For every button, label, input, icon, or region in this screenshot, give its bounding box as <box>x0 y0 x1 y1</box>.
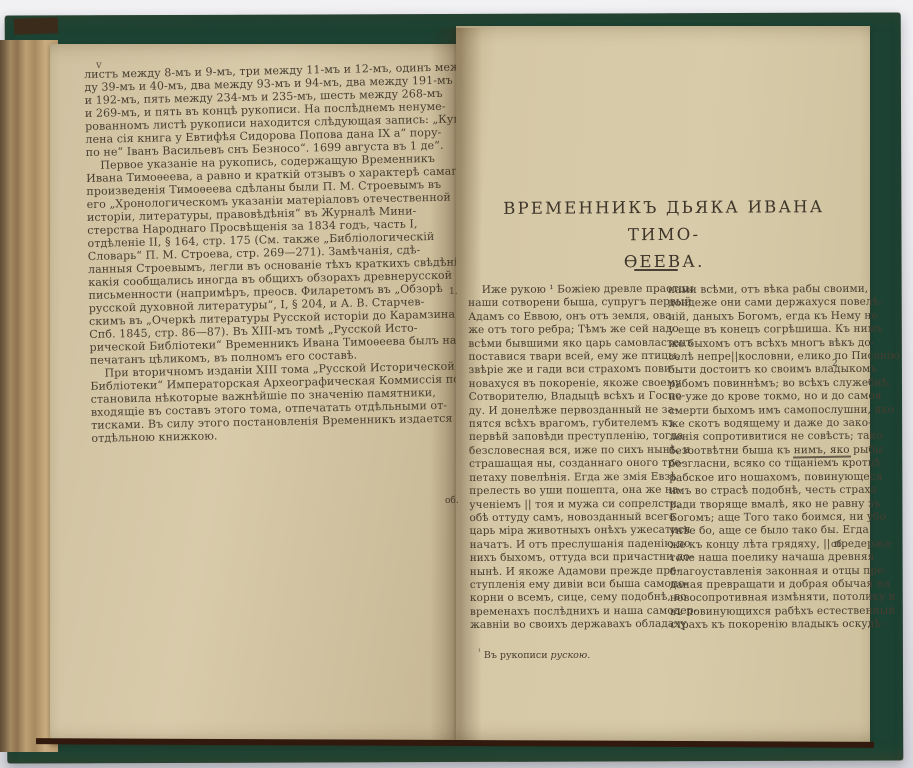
photo-background: { "book": { "cover_color": "#1c4233", "p… <box>0 0 913 768</box>
footnote-text: Въ рукописи <box>481 650 551 661</box>
left-page: v листъ между 8-мъ и 9-мъ, три между 11-… <box>50 44 456 744</box>
text-column-left: Иже рукою ¹ Божіею древле праотцы наши с… <box>468 283 668 633</box>
margin-note-leaf-2: 2 <box>832 359 838 369</box>
footnote-variant-word: рускою. <box>551 650 591 661</box>
margin-note-leaf-1: 1. <box>449 287 458 297</box>
margin-note-leaf-1v: об. <box>445 496 459 506</box>
footnote: ¹ Въ рукописи рускою. <box>478 648 590 661</box>
spine-edge <box>14 17 59 35</box>
margin-note-leaf-2v: об. <box>831 540 845 550</box>
left-paragraph-3: При вторичномъ изданіи XIII тома „Русско… <box>90 360 451 445</box>
left-paragraph-2: Первое указаніе на рукопись, содержащую … <box>86 152 450 367</box>
right-page: ВРЕМЕННИКЪ ДЬЯКА ИВАНА ТИМО- ѲЕЕВА. Иже … <box>456 26 870 742</box>
chapter-title-line1: ВРЕМЕННИКЪ ДЬЯКА ИВАНА ТИМО- <box>466 193 862 249</box>
text-column-right: нами всѣми, отъ вѣка рабы своими, дондеж… <box>668 283 868 633</box>
left-paragraph-1: листъ между 8-мъ и 9-мъ, три между 11-мъ… <box>84 61 446 159</box>
title-divider-rule <box>634 269 678 271</box>
left-page-text: листъ между 8-мъ и 9-мъ, три между 11-мъ… <box>84 61 451 445</box>
chapter-title: ВРЕМЕННИКЪ ДЬЯКА ИВАНА ТИМО- ѲЕЕВА. <box>466 193 862 276</box>
chapter-title-line2: ѲЕЕВА. <box>466 247 862 276</box>
